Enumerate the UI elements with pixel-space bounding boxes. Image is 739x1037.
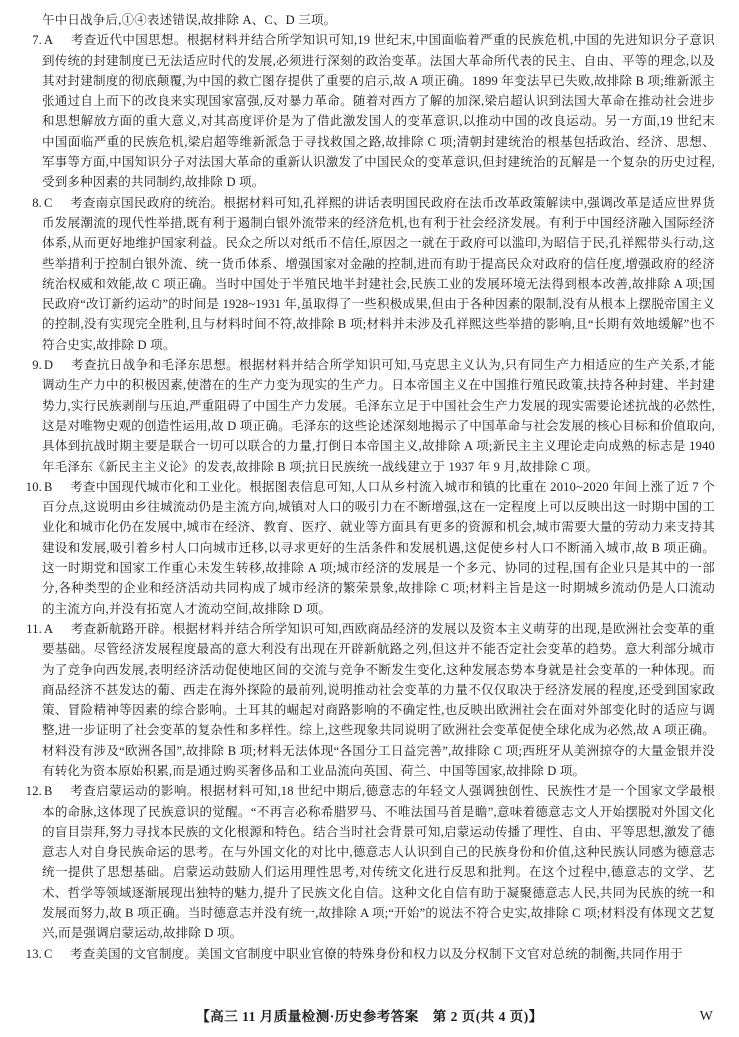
answer-key-content: 午中日战争后,①④表述错误,故排除 A、C、D 三项。 7.A考查近代中国思想。… [22, 10, 715, 964]
continuation-text: 午中日战争后,①④表述错误,故排除 A、C、D 三项。 [22, 10, 715, 30]
question-number: 9. [22, 355, 42, 375]
answer-explanation: 考查启蒙运动的影响。根据材料可知,18 世纪中期后,德意志的年轻文人强调独创性、… [42, 784, 715, 940]
answer-explanation: 考查抗日战争和毛泽东思想。根据材料并结合所学知识可知,马克思主义认为,只有同生产… [42, 358, 715, 473]
answer-letter: C [44, 196, 53, 210]
answer-letter: B [44, 480, 53, 494]
question-number: 8. [22, 193, 42, 213]
question-number: 7. [22, 30, 42, 50]
answer-item: 9.D考查抗日战争和毛泽东思想。根据材料并结合所学知识可知,马克思主义认为,只有… [22, 355, 715, 477]
answer-explanation: 考查中国现代城市化和工业化。根据图表信息可知,人口从乡村流入城市和镇的比重在 2… [42, 480, 715, 616]
answer-letter: B [44, 784, 53, 798]
answer-item: 12.B考查启蒙运动的影响。根据材料可知,18 世纪中期后,德意志的年轻文人强调… [22, 781, 715, 943]
page-footer: 【高三 11 月质量检测·历史参考答案 第 2 页(共 4 页)】 W [0, 1007, 739, 1027]
answer-letter: C [44, 947, 53, 961]
answer-item: 13.C考查美国的文官制度。美国文官制度中职业官僚的特殊身份和权力以及分权制下文… [22, 944, 715, 964]
answer-letter: A [44, 33, 53, 47]
answer-explanation: 考查新航路开辟。根据材料并结合所学知识可知,西欧商品经济的发展以及资本主义萌芽的… [42, 622, 715, 778]
document-page: 午中日战争后,①④表述错误,故排除 A、C、D 三项。 7.A考查近代中国思想。… [0, 0, 739, 1037]
answer-items: 7.A考查近代中国思想。根据材料并结合所学知识可知,19 世纪末,中国面临着严重… [22, 30, 715, 964]
answer-item: 11.A考查新航路开辟。根据材料并结合所学知识可知,西欧商品经济的发展以及资本主… [22, 619, 715, 781]
answer-item: 8.C考查南京国民政府的统治。根据材料可知,孔祥熙的讲话表明国民政府在法币改革政… [22, 193, 715, 355]
answer-explanation: 考查美国的文官制度。美国文官制度中职业官僚的特殊身份和权力以及分权制下文官对总统… [70, 947, 683, 961]
question-number: 13. [22, 944, 42, 964]
answer-explanation: 考查南京国民政府的统治。根据材料可知,孔祥熙的讲话表明国民政府在法币改革政策解读… [42, 196, 715, 352]
question-number: 10. [22, 477, 42, 497]
version-mark: W [700, 1007, 713, 1027]
answer-letter: D [44, 358, 53, 372]
answer-letter: A [44, 622, 53, 636]
answer-item: 10.B考查中国现代城市化和工业化。根据图表信息可知,人口从乡村流入城市和镇的比… [22, 477, 715, 619]
answer-explanation: 考查近代中国思想。根据材料并结合所学知识可知,19 世纪末,中国面临着严重的民族… [42, 33, 715, 189]
question-number: 11. [22, 619, 42, 639]
answer-item: 7.A考查近代中国思想。根据材料并结合所学知识可知,19 世纪末,中国面临着严重… [22, 30, 715, 192]
footer-title: 【高三 11 月质量检测·历史参考答案 第 2 页(共 4 页)】 [196, 1009, 543, 1024]
question-number: 12. [22, 781, 42, 801]
